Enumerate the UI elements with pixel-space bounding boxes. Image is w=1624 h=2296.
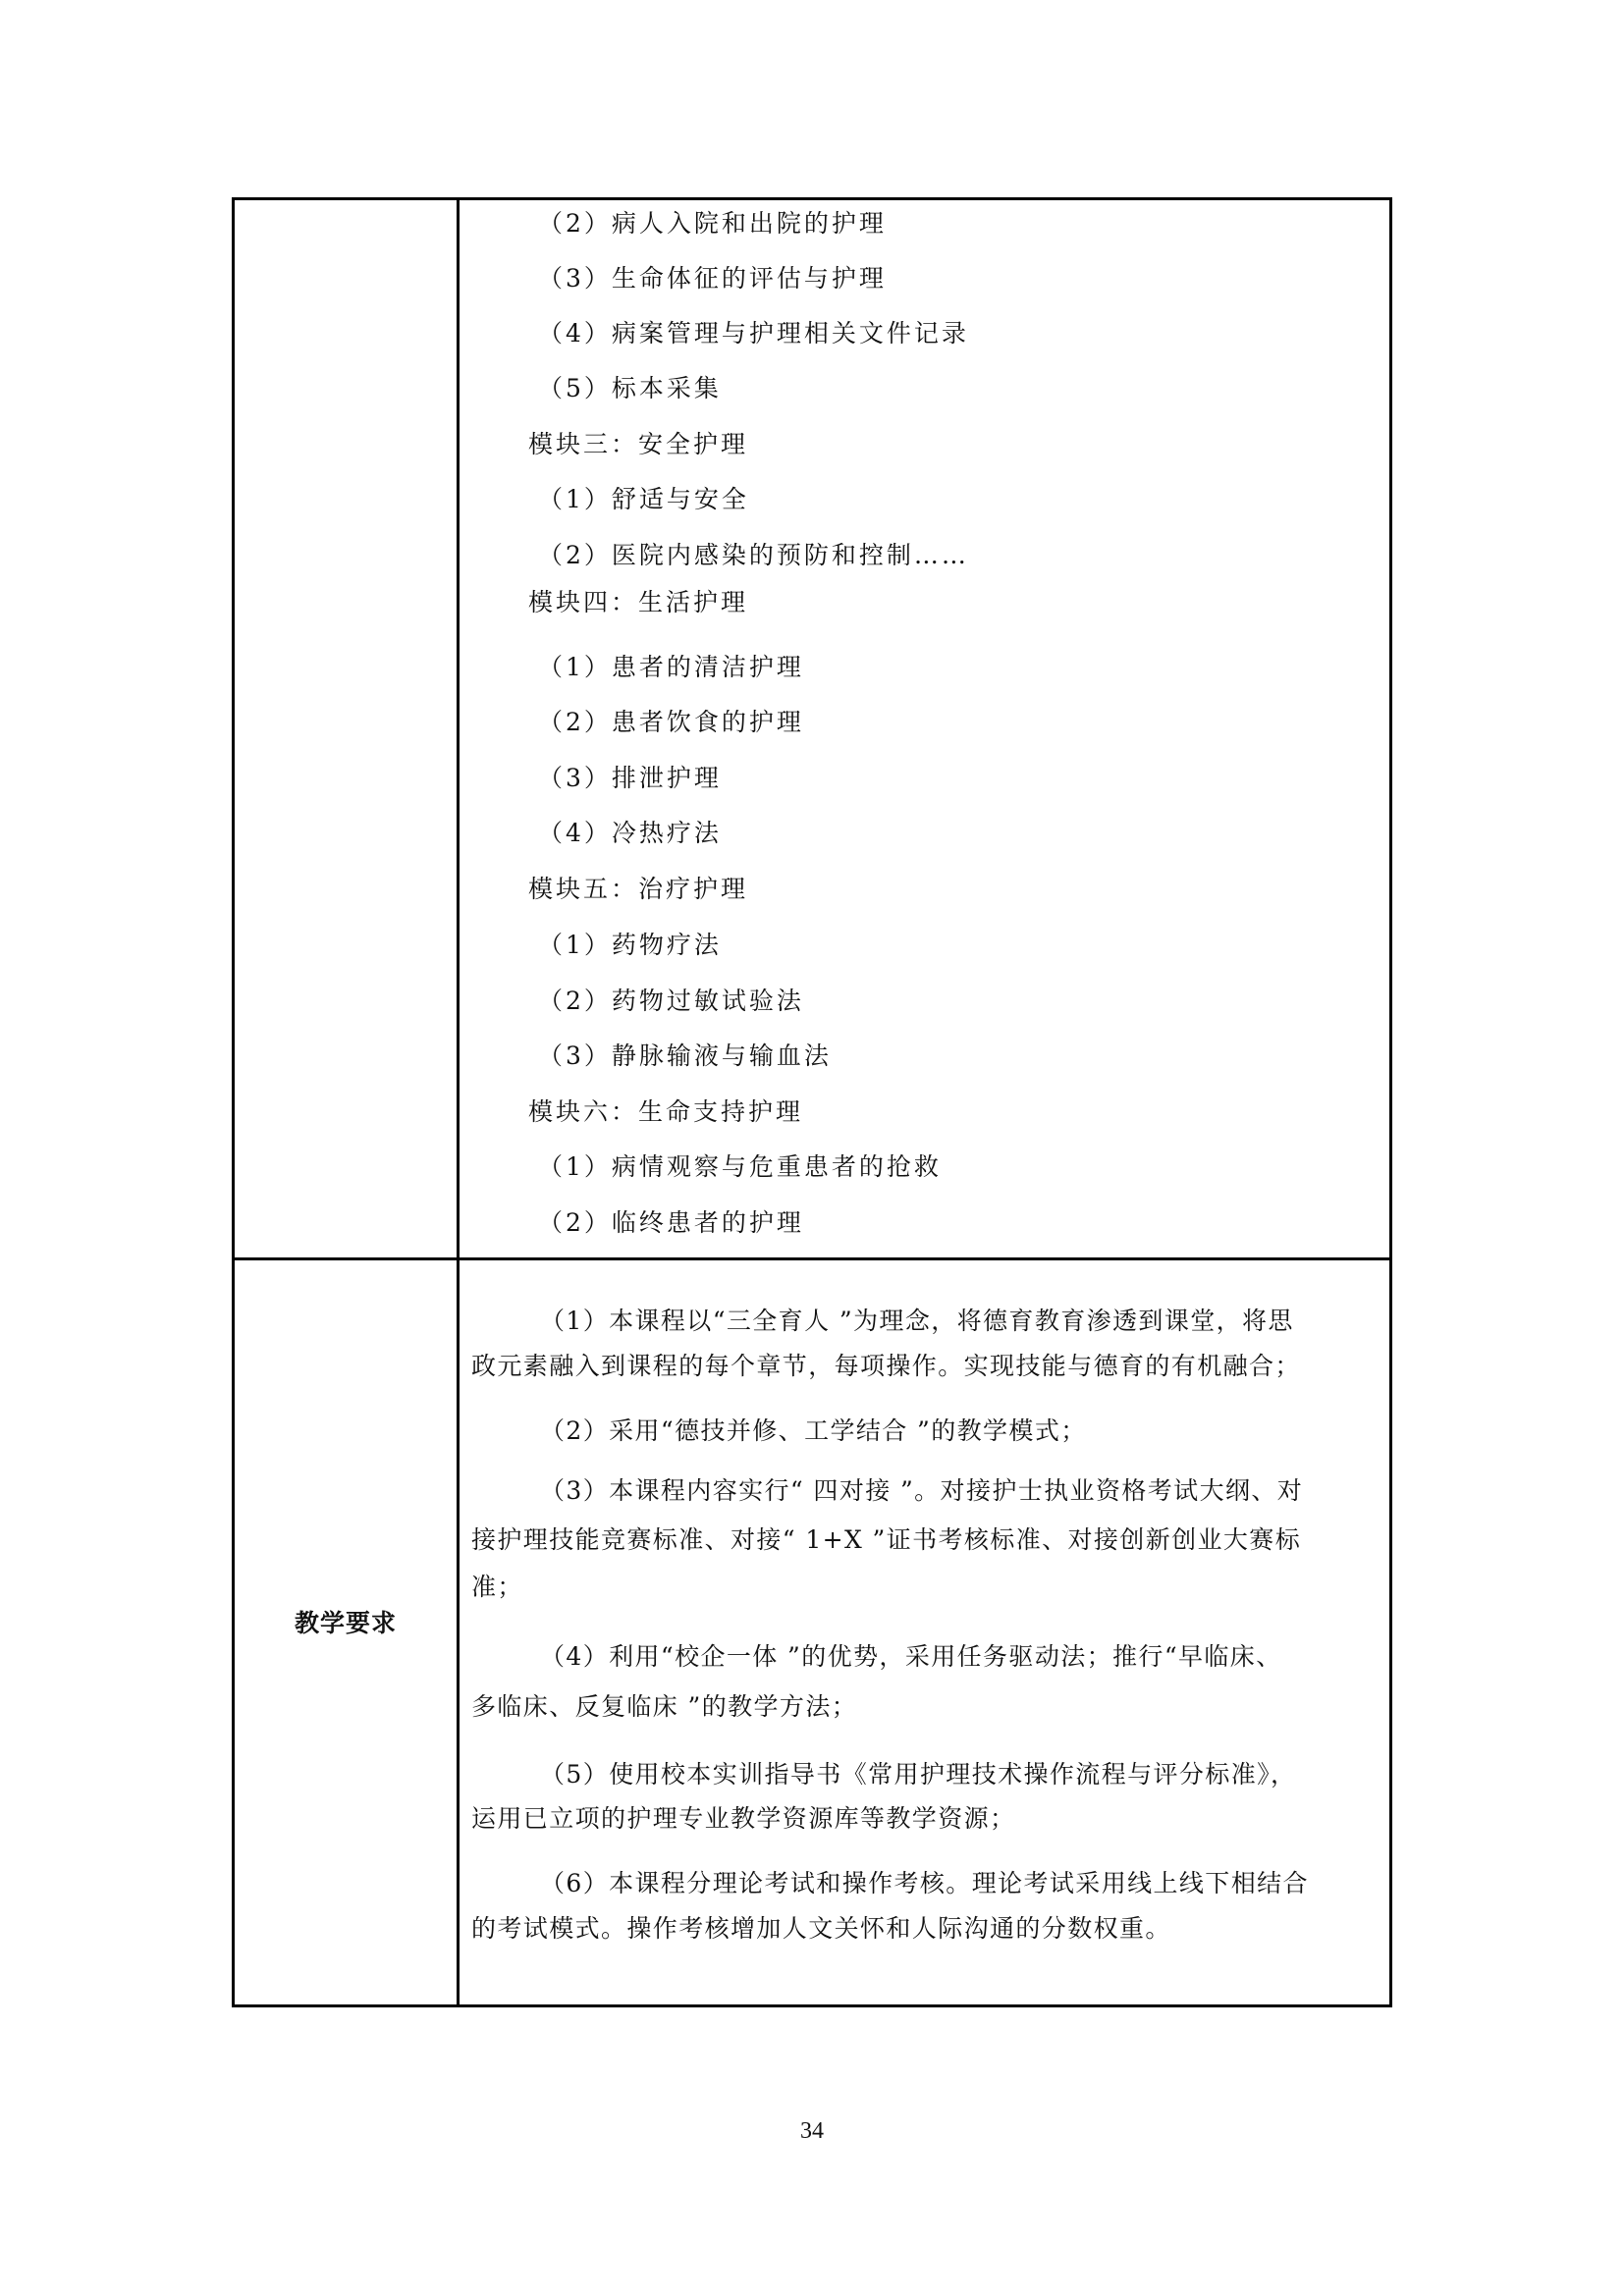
content-item: （1）患者的清洁护理	[538, 653, 804, 682]
module-heading: 模块三：安全护理	[528, 430, 748, 459]
content-item: （2）病人入院和出院的护理	[538, 209, 887, 239]
requirement-line: 的考试模式。操作考核增加人文关怀和人际沟通的分数权重。	[471, 1914, 1171, 1944]
module-heading: 模块六：生命支持护理	[528, 1097, 803, 1127]
page-number: 34	[0, 2118, 1624, 2145]
requirement-line: 准；	[471, 1573, 523, 1602]
module-heading: 模块四：生活护理	[528, 588, 748, 617]
requirement-line: （2）采用“德技并修、工学结合 ”的教学模式；	[540, 1416, 1087, 1446]
module-heading: 模块五：治疗护理	[528, 875, 748, 904]
content-item: （4）冷热疗法	[538, 819, 722, 848]
content-item: （2）医院内感染的预防和控制……	[538, 541, 969, 570]
requirement-line: 政元素融入到课程的每个章节，每项操作。实现技能与德育的有机融合；	[471, 1352, 1301, 1381]
requirement-line: （6）本课程分理论考试和操作考核。理论考试采用线上线下相结合	[540, 1869, 1309, 1898]
content-item: （3）生命体征的评估与护理	[538, 264, 887, 294]
requirement-line: 接护理技能竞赛标准、对接“ 1+X ”证书考核标准、对接创新创业大赛标	[471, 1525, 1301, 1555]
requirement-line: （3）本课程内容实行“ 四对接 ”。对接护士执业资格考试大纲、对	[540, 1476, 1303, 1506]
content-item: （3）静脉输液与输血法	[538, 1041, 832, 1071]
requirements-label: 教学要求	[235, 1604, 457, 1639]
content-item: （1）舒适与安全	[538, 485, 749, 514]
requirement-line: （4）利用“校企一体 ”的优势，采用任务驱动法；推行“早临床、	[540, 1642, 1282, 1672]
content-item: （5）标本采集	[538, 374, 722, 403]
requirement-line: （5）使用校本实训指导书《常用护理技术操作流程与评分标准》，	[540, 1760, 1296, 1789]
column-divider	[457, 200, 460, 2004]
content-item: （1）病情观察与危重患者的抢救	[538, 1152, 942, 1182]
course-table: （2）病人入院和出院的护理 （3）生命体征的评估与护理 （4）病案管理与护理相关…	[232, 197, 1392, 2007]
content-item: （1）药物疗法	[538, 931, 722, 960]
content-item: （3）排泄护理	[538, 764, 722, 793]
content-item: （2）药物过敏试验法	[538, 987, 804, 1016]
content-item: （2）临终患者的护理	[538, 1208, 804, 1238]
requirement-line: （1）本课程以“三全育人 ”为理念，将德育教育渗透到课堂，将思	[540, 1307, 1294, 1336]
content-item: （2）患者饮食的护理	[538, 708, 804, 737]
requirement-line: 运用已立项的护理专业教学资源库等教学资源；	[471, 1804, 1015, 1834]
content-item: （4）病案管理与护理相关文件记录	[538, 319, 969, 348]
requirement-line: 多临床、反复临床 ”的教学方法；	[471, 1692, 857, 1722]
row-divider	[235, 1257, 1389, 1260]
